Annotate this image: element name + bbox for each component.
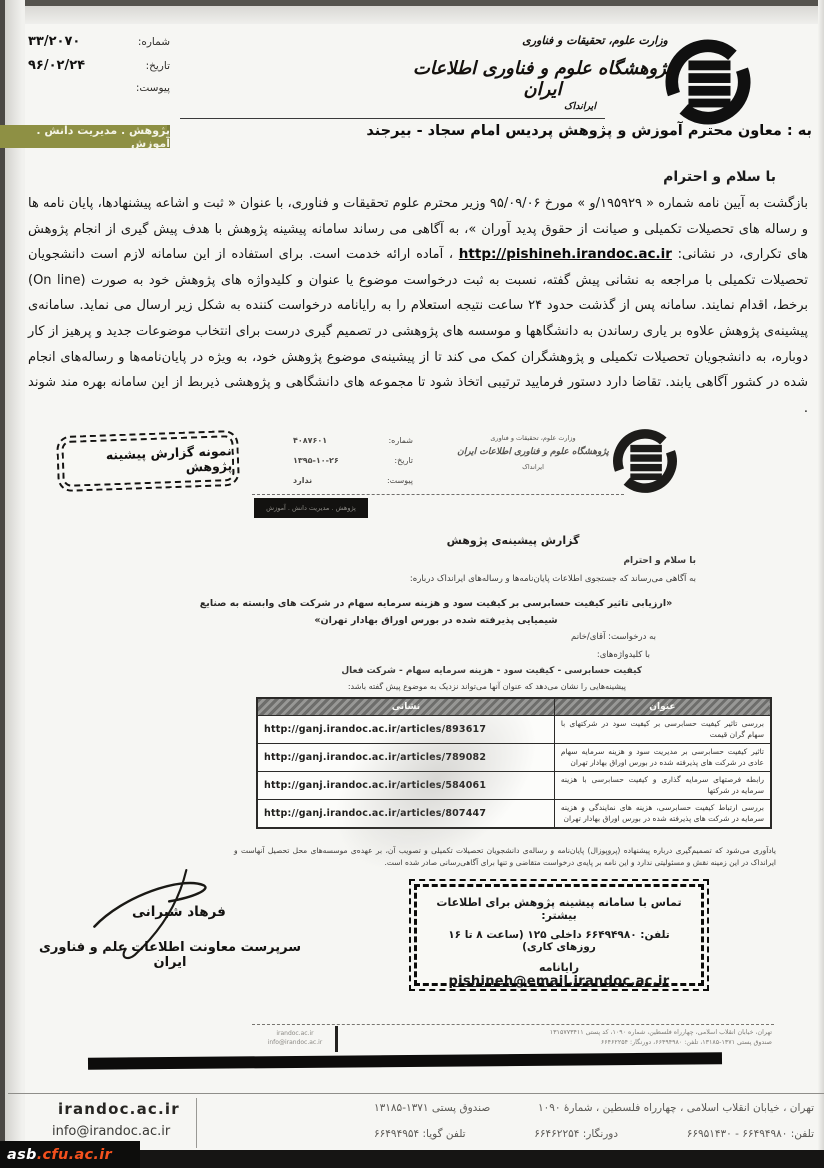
- sample-ref-attachment-label: پیوست:: [387, 476, 413, 485]
- sample-reference-fields: شماره: ۴۰۸۷۶۰۱ تاریخ: ۱۳۹۵-۱۰-۲۶ پیوست: …: [293, 436, 413, 496]
- sample-footer-rule: [252, 1024, 774, 1025]
- ref-number-row: شماره: ۳۳/۲۰۷۰: [28, 34, 170, 49]
- signer-title: سرپرست معاونت اطلاعات علم و فناوری ایران: [30, 940, 310, 970]
- contact-email: pishineh@email.irandoc.ac.ir: [449, 974, 670, 989]
- sample-letterhead-text: وزارت علوم، تحقیقات و فناوری پژوهشگاه عل…: [454, 434, 612, 471]
- sample-ref-date-value: ۱۳۹۵-۱۰-۲۶: [293, 456, 339, 465]
- scan-edge-left-shade: [5, 0, 25, 1168]
- contact-info-box: تماس با سامانه پیشینه پژوهش برای اطلاعات…: [414, 884, 704, 986]
- result-title: بررسی تاثیر کیفیت حسابرسی بر کیفیت سود د…: [554, 716, 771, 744]
- ref-date-value: ۹۶/۰۲/۲۴: [28, 58, 85, 73]
- letter-body: بازگشت به آیین نامه شماره « ۱۹۵۹۲۹/و » م…: [28, 191, 808, 423]
- ref-date-label: تاریخ:: [146, 60, 170, 72]
- sample-footer-site: irandoc.ac.ir: [260, 1029, 330, 1038]
- sample-salutation: با سلام و احترام: [623, 556, 696, 566]
- sample-footer-divider: [335, 1026, 338, 1052]
- sample-query-title: «ارزیابی تاثیر کیفیت حسابرسی بر کیفیت سو…: [186, 595, 686, 629]
- contact-email-row: رایانامه pishineh@email.irandoc.ac.ir: [427, 961, 691, 989]
- scanned-letter-page: وزارت علوم، تحقیقات و فناوری پژوهشگاه عل…: [0, 0, 824, 1168]
- watermark-chip: asb.cfu.ac.ir: [0, 1141, 140, 1168]
- sample-footer-left: irandoc.ac.ir info@irandoc.ac.ir: [260, 1029, 330, 1047]
- footer-website: irandoc.ac.ir: [58, 1100, 180, 1118]
- sample-reminder-note: یادآوری می‌شود که تصمیم‌گیری درباره پیشن…: [234, 845, 776, 868]
- scan-edge-right-shade: [818, 0, 824, 1168]
- sample-ref-number-value: ۴۰۸۷۶۰۱: [293, 436, 327, 445]
- footer-phones-row: تلفن: ۶۶۴۹۴۹۸۰ - ۶۶۹۵۱۴۳۰ دورنگار: ۶۶۴۶۲…: [374, 1128, 814, 1140]
- sample-intro-line: به آگاهی می‌رساند که جستجوی اطلاعات پایا…: [410, 574, 696, 584]
- institute-name: پژوهشگاه علوم و فناوری اطلاعات ایران: [400, 58, 685, 100]
- sample-report-badge: نمونه گزارش پیشینه پژوهش: [61, 435, 235, 487]
- sample-report-title: گزارش پیشینه‌ی پژوهش: [256, 534, 770, 547]
- sample-ref-date-row: تاریخ: ۱۳۹۵-۱۰-۲۶: [293, 456, 413, 465]
- sample-institute-name: پژوهشگاه علوم و فناوری اطلاعات ایران: [454, 447, 612, 457]
- result-title: تاثیر کیفیت حسابرسی بر مدیریت سود و هزین…: [554, 744, 771, 772]
- footer-divider: [196, 1098, 197, 1148]
- sample-keywords: کیفیت حسابرسی - کیفیت سود - هزینه سرمایه…: [341, 666, 642, 676]
- scan-artifact-bar: [88, 1052, 722, 1070]
- salutation: با سلام و احترام: [663, 169, 776, 185]
- sample-ref-number-label: شماره:: [388, 436, 413, 445]
- category-badge: پژوهش . مدیریت دانش . آموزش: [0, 125, 170, 148]
- sample-footer-email: info@irandoc.ac.ir: [260, 1038, 330, 1047]
- sample-requester-line: به درخواست: آقای/خانم: [571, 632, 656, 642]
- column-header-title: عنوان: [554, 698, 771, 716]
- pishineh-url: http://pishineh.irandoc.ac.ir: [459, 246, 672, 262]
- sample-footer-address-line2: صندوق پستی ۱۳۷۱-۱۳۱۸۵، تلفن: ۶۶۴۹۴۹۸۰، د…: [348, 1038, 772, 1048]
- ref-number-value: ۳۳/۲۰۷۰: [28, 34, 80, 49]
- footer-rule: [8, 1093, 824, 1094]
- watermark-text: asb.cfu.ac.ir: [7, 1147, 112, 1163]
- ref-attachment-label: پیوست:: [136, 82, 170, 94]
- addressee-line: به : معاون محترم آموزش و پژوهش پردیس اما…: [246, 123, 812, 139]
- scan-edge-top-shade: [0, 6, 824, 24]
- contact-title: تماس با سامانه پیشینه پژوهش برای اطلاعات…: [427, 896, 691, 922]
- letterhead-rule: [180, 118, 605, 119]
- ref-attachment-row: پیوست:: [28, 82, 170, 94]
- sample-ref-number-row: شماره: ۴۰۸۷۶۰۱: [293, 436, 413, 445]
- sample-footer-address: تهران، خیابان انقلاب اسلامی، چهارراه فلس…: [348, 1028, 772, 1048]
- body-text-after-url: ، آماده ارائه خدمت است. برای استفاده از …: [28, 247, 808, 416]
- sample-ministry-name: وزارت علوم، تحقیقات و فناوری: [454, 434, 612, 442]
- sample-irandoc-logo-icon: [612, 428, 678, 498]
- footer-address-row: تهران ، خیابان انقلاب اسلامی ، چهارراه ف…: [374, 1102, 814, 1114]
- sample-ref-attachment-value: ندارد: [293, 476, 312, 485]
- watermark-suffix: .cfu.ac.ir: [37, 1147, 112, 1163]
- watermark-prefix: asb: [7, 1147, 37, 1163]
- sample-keywords-label: با کلیدواژه‌های:: [597, 650, 650, 660]
- contact-phone: تلفن: ۶۶۴۹۴۹۸۰ داخلی ۱۲۵ (ساعت ۸ تا ۱۶ ر…: [427, 929, 691, 953]
- sample-letterhead-rule: [252, 494, 624, 495]
- result-title: بررسی ارتباط کیفیت حسابرسی، هزینه های نم…: [554, 800, 771, 829]
- footer-fax: دورنگار: ۶۶۴۶۲۲۵۴: [534, 1128, 618, 1140]
- reference-fields: شماره: ۳۳/۲۰۷۰ تاریخ: ۹۶/۰۲/۲۴ پیوست:: [28, 34, 170, 103]
- sample-footer-address-line1: تهران، خیابان انقلاب اسلامی، چهارراه فلس…: [348, 1028, 772, 1038]
- ref-date-row: تاریخ: ۹۶/۰۲/۲۴: [28, 58, 170, 73]
- contact-email-label: رایانامه: [539, 961, 579, 974]
- sample-ref-attachment-row: پیوست: ندارد: [293, 476, 413, 485]
- signer-name: فرهاد شیرانی: [132, 904, 226, 920]
- institute-brand: ایرانداک: [545, 101, 615, 112]
- result-title: رابطه فرصتهای سرمایه گذاری و کیفیت حسابر…: [554, 772, 771, 800]
- footer-address: تهران ، خیابان انقلاب اسلامی ، چهارراه ف…: [538, 1102, 814, 1114]
- footer-email: info@irandoc.ac.ir: [52, 1124, 170, 1139]
- sample-category-stripe: پژوهش . مدیریت دانش . آموزش: [254, 498, 368, 518]
- sample-ref-date-label: تاریخ:: [394, 456, 413, 465]
- ministry-name: وزارت علوم، تحقیقات و فناوری: [505, 34, 685, 47]
- ref-number-label: شماره:: [138, 36, 170, 48]
- footer-voice: تلفن گویا: ۶۶۴۹۴۹۵۴: [374, 1128, 466, 1140]
- sample-institute-brand: ایرانداک: [454, 463, 612, 471]
- footer-pobox: صندوق پستی ۱۳۷۱-۱۳۱۸۵: [374, 1102, 490, 1114]
- footer-phones: تلفن: ۶۶۴۹۴۹۸۰ - ۶۶۹۵۱۴۳۰: [687, 1128, 814, 1140]
